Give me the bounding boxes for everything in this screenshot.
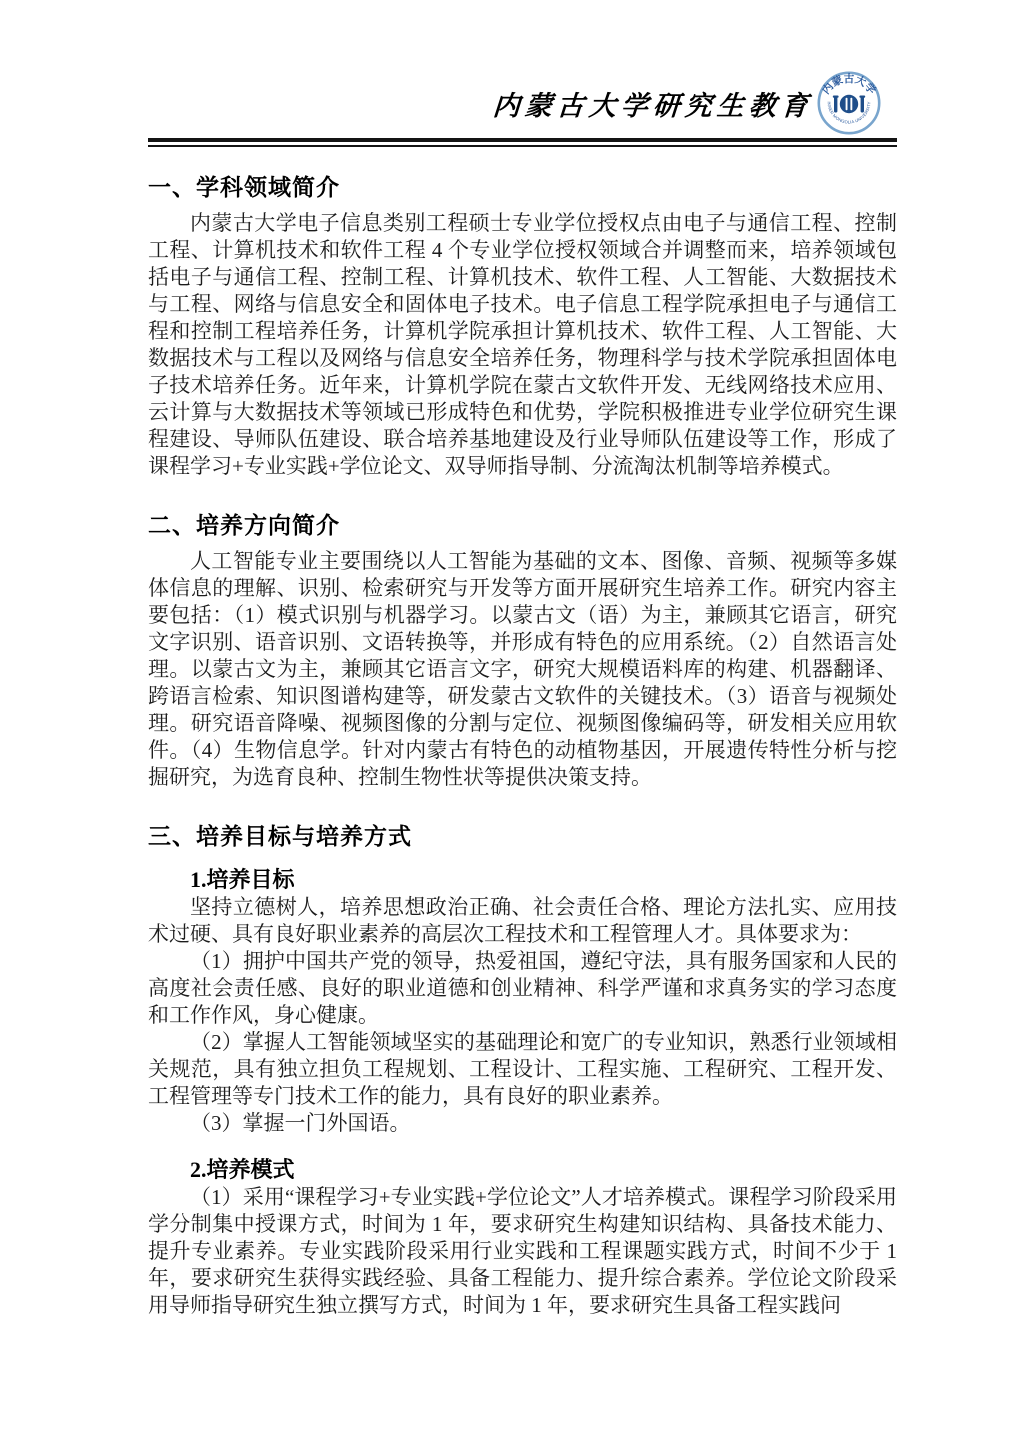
section-3-heading: 三、培养目标与培养方式 — [148, 821, 897, 851]
subsection-1-item-3: （3）掌握一门外国语。 — [148, 1110, 897, 1137]
section-1-body: 内蒙古大学电子信息类别工程硕士专业学位授权点由电子与通信工程、控制工程、计算机技… — [148, 210, 897, 480]
section-2-paragraph: 人工智能专业主要围绕以人工智能为基础的文本、图像、音频、视频等多媒体信息的理解、… — [148, 548, 897, 791]
section-2-heading: 二、培养方向简介 — [148, 510, 897, 540]
subsection-1-body: 坚持立德树人，培养思想政治正确、社会责任合格、理论方法扎实、应用技术过硬、具有良… — [148, 894, 897, 1137]
header-divider-rule — [148, 138, 897, 147]
subsection-1-paragraph: 坚持立德树人，培养思想政治正确、社会责任合格、理论方法扎实、应用技术过硬、具有良… — [148, 894, 897, 948]
header-title: 内蒙古大学研究生教育 — [492, 84, 815, 123]
section-1-paragraph: 内蒙古大学电子信息类别工程硕士专业学位授权点由电子与通信工程、控制工程、计算机技… — [148, 210, 897, 480]
subsection-1-heading: 1.培养目标 — [148, 866, 897, 894]
page-header: 内蒙古大学研究生教育 内蒙古大学 INNER MONGOLIA UNIVERSI… — [148, 0, 897, 138]
section-2-body: 人工智能专业主要围绕以人工智能为基础的文本、图像、音频、视频等多媒体信息的理解、… — [148, 548, 897, 791]
university-seal-icon: 内蒙古大学 INNER MONGOLIA UNIVERSITY — [817, 71, 881, 135]
subsection-2-body: （1）采用“课程学习+专业实践+学位论文”人才培养模式。课程学习阶段采用学分制集… — [148, 1184, 897, 1319]
subsection-1-item-2: （2）掌握人工智能领域坚实的基础理论和宽广的专业知识，熟悉行业领域相关规范，具有… — [148, 1029, 897, 1110]
subsection-2-heading: 2.培养模式 — [148, 1156, 897, 1184]
subsection-1-item-1: （1）拥护中国共产党的领导，热爱祖国，遵纪守法，具有服务国家和人民的高度社会责任… — [148, 948, 897, 1029]
section-1-heading: 一、学科领域简介 — [148, 172, 897, 202]
document-page: 内蒙古大学研究生教育 内蒙古大学 INNER MONGOLIA UNIVERSI… — [0, 0, 1024, 1447]
subsection-2-paragraph: （1）采用“课程学习+专业实践+学位论文”人才培养模式。课程学习阶段采用学分制集… — [148, 1184, 897, 1319]
